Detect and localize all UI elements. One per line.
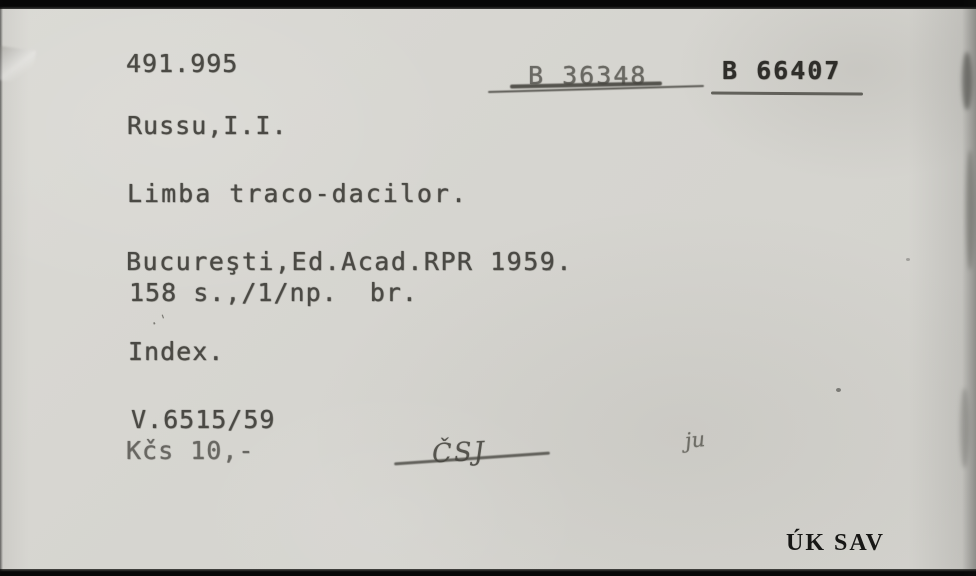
handwritten-initials: ju: [684, 427, 706, 453]
accession-number: B 66407: [722, 57, 841, 85]
record-number-line: V.6515/59: [131, 406, 275, 434]
edge-smudge: [962, 52, 972, 110]
imprint-line: Bucureşti,Ed.Acad.RPR 1959.: [126, 248, 573, 276]
paper-speck: [906, 258, 910, 261]
pencil-scribble: ·': [148, 311, 173, 333]
accession-underline: [711, 91, 863, 95]
library-stamp: ÚK SAV: [786, 530, 885, 557]
scan-top-edge-bar: [0, 0, 976, 9]
edge-smudge: [966, 150, 974, 270]
title-line: Limba traco-dacilor.: [127, 180, 468, 208]
price-code-struck: ČSJ: [431, 437, 487, 470]
collation-line: 158 s.,/1/np. br.: [129, 279, 418, 307]
price-line: Kčs 10,-: [126, 437, 254, 465]
paper-speck: [836, 388, 841, 392]
author-line: Russu,I.I.: [127, 112, 288, 140]
edge-smudge: [960, 388, 969, 468]
note-line: Index.: [128, 338, 224, 366]
corner-fold: [0, 45, 36, 84]
catalog-card-scan: 491.995 B 36348 B 66407 Russu,I.I. Limba…: [0, 0, 976, 576]
call-number: 491.995: [126, 50, 238, 78]
scan-bottom-edge-bar: [0, 569, 976, 576]
card-left-edge-shadow: [0, 0, 3, 576]
